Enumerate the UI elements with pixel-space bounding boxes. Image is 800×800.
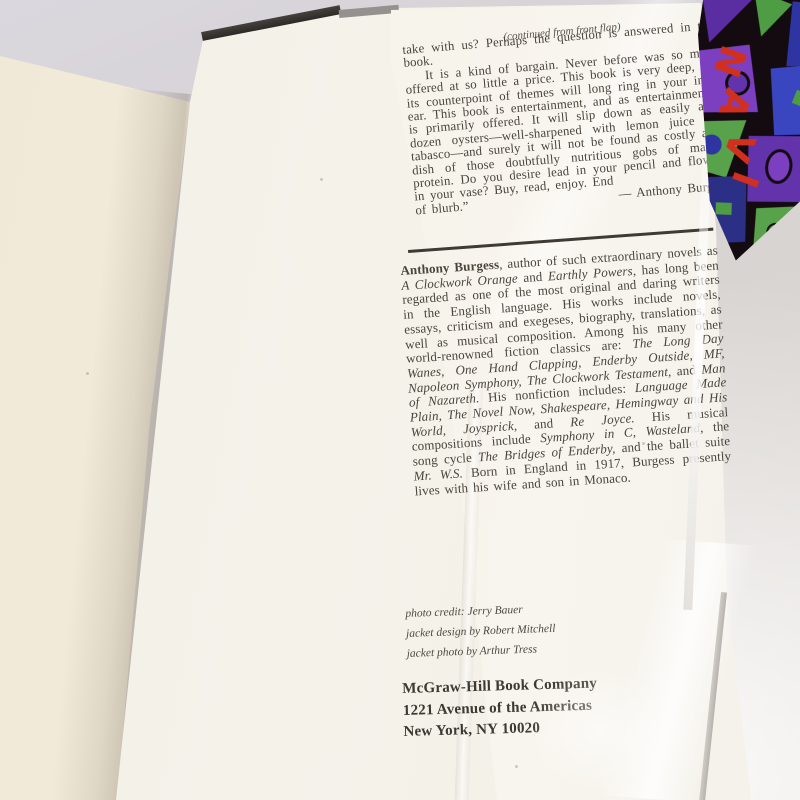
paper-speck	[320, 178, 323, 181]
blurb-paragraph-2: It is a kind of bargain. Never before wa…	[404, 45, 729, 204]
author-bio-paragraph: Anthony Burgess, author of such extraord…	[400, 243, 733, 498]
paper-speck	[515, 765, 518, 768]
blurb-paragraphs: take with us? Perhaps the question is an…	[402, 19, 730, 218]
book-jacket-photo: (continued from front flap) take with us…	[0, 0, 800, 800]
jacket-credits-block: photo credit: Jerry Bauer jacket design …	[405, 599, 556, 664]
paper-speck	[86, 372, 89, 375]
publisher-block: McGraw-Hill Book Company 1221 Avenue of …	[402, 674, 599, 744]
